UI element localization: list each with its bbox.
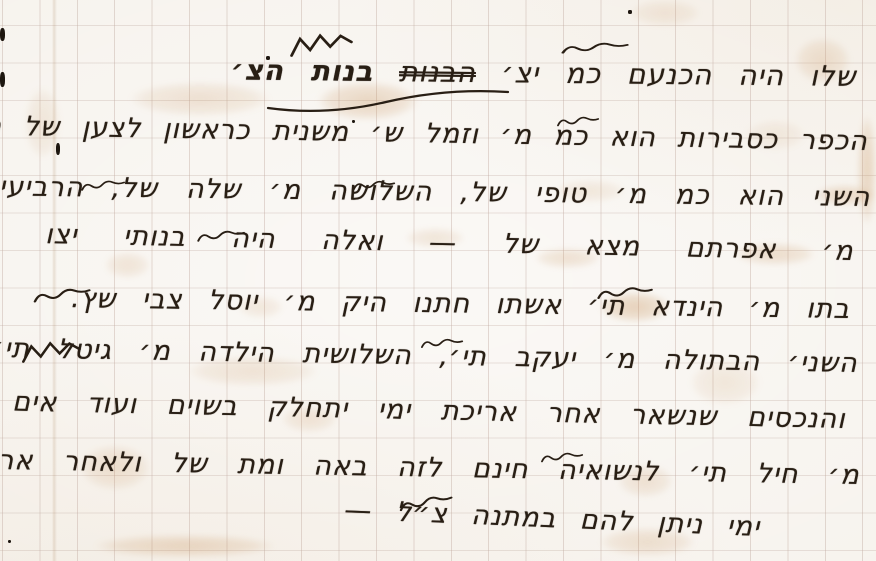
struck-out-word: הבנות (399, 55, 476, 89)
paper-stain (95, 535, 275, 557)
manuscript-page: שלו היה הכנעם כמ יצ׳ הבנות בנות הצ׳הכפר … (0, 0, 876, 561)
handwriting-text (373, 55, 399, 88)
ink-speck (56, 143, 60, 155)
ink-speck (8, 540, 11, 543)
underlined-heading-words: בנות הצ׳ (231, 53, 374, 87)
paper-stain (130, 82, 270, 116)
paper-stain (630, 0, 700, 26)
ink-speck (628, 10, 632, 14)
ink-speck (0, 72, 5, 87)
handwriting-text: שלו היה הכנעם כמ יצ׳ (475, 56, 856, 93)
ink-speck (0, 28, 5, 41)
handwriting-line: שלו היה הכנעם כמ יצ׳ הבנות בנות הצ׳ (231, 53, 857, 93)
paper-stain (105, 252, 150, 278)
title-underline-flourish (266, 88, 510, 114)
